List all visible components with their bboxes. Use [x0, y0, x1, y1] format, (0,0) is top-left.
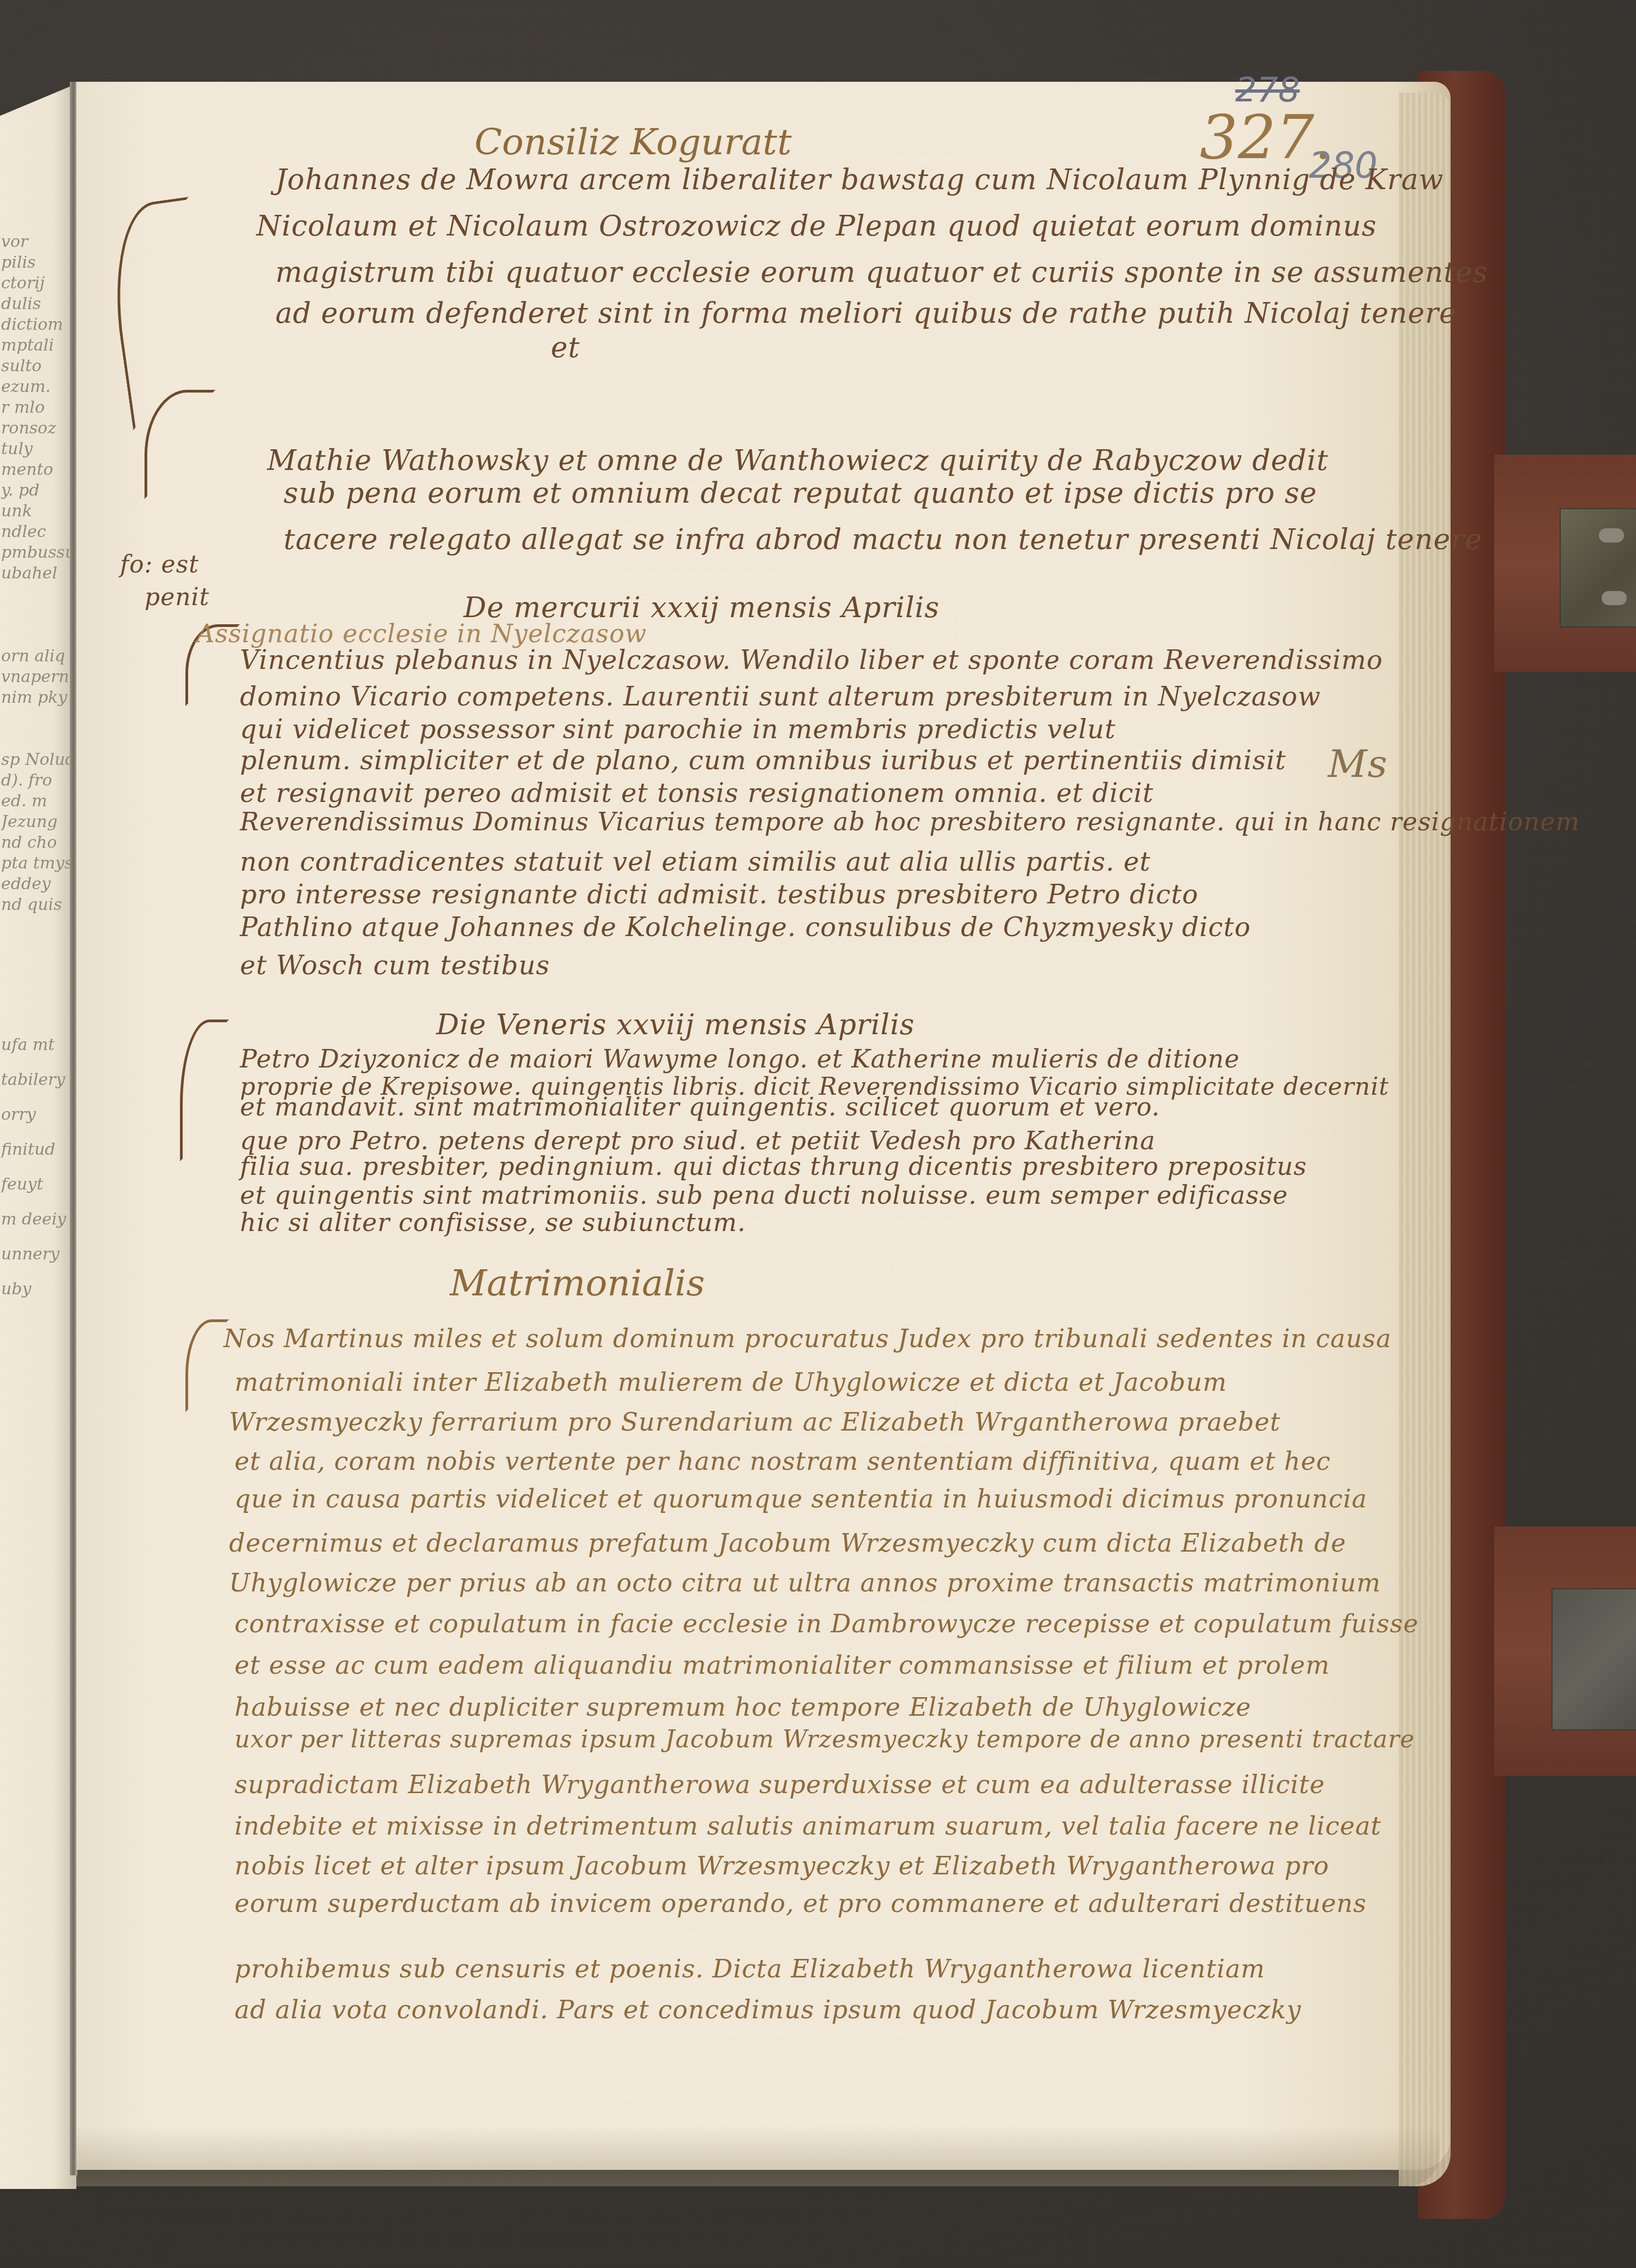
- text-line: sub pena eorum et omnium decat reputat q…: [284, 477, 1317, 510]
- fragment: ufa mt: [1, 1035, 55, 1054]
- date-heading: Die Veneris xxviij mensis Aprilis: [436, 1009, 915, 1041]
- fragment: mento: [1, 460, 53, 479]
- fragment: orn aliq: [1, 647, 65, 666]
- text-line: nobis licet et alter ipsum Jacobum Wrzes…: [234, 1851, 1330, 1880]
- fragment: dulis: [1, 294, 41, 313]
- water-stain: [76, 2126, 1440, 2186]
- margin-heading-assignatio: Assignatio ecclesie in Nyelczasow: [196, 619, 647, 648]
- fragment: nd quis: [1, 895, 62, 914]
- text-line: pro interesse resignante dicti admisit. …: [240, 879, 1199, 910]
- left-page-text-1: vor pilis ctorij dulis dictiom mptali su…: [1, 232, 72, 584]
- text-line: Reverendissimus Dominus Vicarius tempore…: [240, 807, 1580, 836]
- text-line: uxor per litteras supremas ipsum Jacobum…: [234, 1726, 1415, 1753]
- text-line: domino Vicario competens. Laurentii sunt…: [240, 681, 1321, 712]
- fragment: r mlo: [1, 398, 45, 417]
- text-line: et Wosch cum testibus: [240, 950, 550, 981]
- text-line: matrimoniali inter Elizabeth mulierem de…: [234, 1367, 1227, 1397]
- text-line: et alia, coram nobis vertente per hanc n…: [234, 1446, 1331, 1476]
- fragment: finitud: [1, 1140, 56, 1159]
- text-line: Nos Martinus miles et solum dominum proc…: [224, 1324, 1392, 1353]
- fragment: uby: [1, 1280, 31, 1299]
- fragment: ronsoz: [1, 419, 56, 438]
- fragment: orry: [1, 1105, 36, 1124]
- page-block-edge: [1399, 93, 1451, 2186]
- text-line: et: [551, 331, 580, 364]
- text-line: Johannes de Mowra arcem liberaliter baws…: [275, 164, 1443, 196]
- text-line: Petro Dziyzonicz de maiori Wawyme longo.…: [240, 1044, 1240, 1073]
- fragment: ed. m: [1, 792, 47, 811]
- fragment: y. pd: [1, 481, 39, 500]
- upper-clasp-strap: [1494, 455, 1636, 672]
- fragment: unnery: [1, 1245, 59, 1264]
- text-line: non contradicentes statuit vel etiam sim…: [240, 847, 1151, 877]
- fragment: pmbussug: [1, 543, 72, 562]
- text-line: magistrum tibi quatuor ecclesie eorum qu…: [275, 256, 1488, 289]
- text-line: tacere relegato allegat se infra abrod m…: [284, 523, 1482, 556]
- fragment: nim pky: [1, 688, 67, 707]
- text-line: Pathlino atque Johannes de Kolchelinge. …: [240, 912, 1251, 943]
- text-line: et quingentis sint matrimoniis. sub pena…: [240, 1180, 1288, 1210]
- fragment: ctorij: [1, 274, 45, 293]
- text-line: prohibemus sub censuris et poenis. Dicta…: [234, 1954, 1265, 1983]
- fragment: nd cho: [1, 833, 57, 852]
- fragment: ubahel: [1, 564, 57, 583]
- fragment: m deeiy: [1, 1210, 66, 1229]
- fragment: tabilery: [1, 1070, 65, 1089]
- fragment: eddey: [1, 874, 51, 894]
- rivet-icon: [1602, 591, 1627, 605]
- lower-clasp-strap: [1494, 1527, 1636, 1776]
- text-line: decernimus et declaramus prefatum Jacobu…: [229, 1528, 1346, 1558]
- text-line: et esse ac cum eadem aliquandiu matrimon…: [234, 1650, 1330, 1680]
- text-line: ad alia vota convolandi. Pars et concedi…: [234, 1995, 1301, 2024]
- fragment: vor: [1, 232, 28, 251]
- text-line: que pro Petro. petens derept pro siud. e…: [240, 1126, 1156, 1155]
- left-page-text-3: ufa mt tabilery orry finitud feuyt m dee…: [1, 1028, 72, 1307]
- left-facing-page: vor pilis ctorij dulis dictiom mptali su…: [0, 52, 76, 2189]
- text-line: contraxisse et copulatum in facie eccles…: [234, 1609, 1418, 1638]
- text-line: Vincentius plebanus in Nyelczasow. Wendi…: [240, 645, 1383, 675]
- text-line: hic si aliter confisisse, se subiunctum.: [240, 1208, 746, 1237]
- fragment: mptali: [1, 336, 54, 355]
- text-line: supradictam Elizabeth Wrygantherowa supe…: [234, 1770, 1325, 1799]
- margin-note: fo: est: [120, 551, 199, 578]
- text-line: indebite et mixisse in detrimentum salut…: [234, 1811, 1381, 1841]
- text-line: habuisse et nec dupliciter supremum hoc …: [234, 1692, 1251, 1722]
- fragment: pilis: [1, 253, 35, 272]
- text-line: et mandavit. sint matrimonialiter quinge…: [240, 1092, 1160, 1121]
- fragment: sulto: [1, 357, 41, 376]
- text-line: ad eorum defenderet sint in forma melior…: [275, 297, 1457, 330]
- text-line: qui videlicet possessor sint parochie in…: [240, 714, 1116, 745]
- text-line: et resignavit pereo admisit et tonsis re…: [240, 778, 1153, 809]
- fragment: feuyt: [1, 1175, 43, 1194]
- lower-clasp-plate: [1551, 1588, 1636, 1730]
- fragment: ezum.: [1, 377, 51, 396]
- section-heading-matrimonialis: Matrimonialis: [450, 1262, 705, 1304]
- section-heading-consilium: Consiliz Koguratt: [474, 121, 792, 163]
- rivet-icon: [1599, 528, 1624, 542]
- text-line: plenum. simpliciter et de plano, cum omn…: [240, 745, 1286, 776]
- fragment: d). fro: [1, 771, 52, 790]
- fragment: sp Nolud: [1, 750, 72, 769]
- fragment: vnapernisky: [1, 667, 72, 686]
- left-page-text-2: orn aliq vnapernisky nim pky sp Nolud d)…: [1, 646, 72, 915]
- fragment: dictiom: [1, 315, 63, 334]
- fragment: Jezung: [1, 812, 57, 831]
- fragment: ndlec: [1, 522, 46, 541]
- text-line: que in causa partis videlicet et quorumq…: [234, 1484, 1367, 1513]
- text-line: Nicolaum et Nicolaum Ostrozowicz de Plep…: [256, 210, 1377, 243]
- text-line: filia sua. presbiter, pedingnium. qui di…: [240, 1151, 1307, 1181]
- fragment: unk: [1, 502, 32, 521]
- text-line: Uhyglowicze per prius ab an octo citra u…: [229, 1568, 1381, 1597]
- fragment: pta tmys: [1, 854, 72, 873]
- upper-clasp-plate: [1560, 508, 1636, 628]
- text-line: eorum superductam ab invicem operando, e…: [234, 1889, 1367, 1918]
- fragment: tuly: [1, 439, 33, 459]
- margin-note: penit: [145, 583, 209, 611]
- text-line: Mathie Wathowsky et omne de Wanthowiecz …: [267, 444, 1328, 477]
- text-line: Wrzesmyeczky ferrarium pro Surendarium a…: [229, 1407, 1280, 1437]
- margin-mark: Ms: [1328, 741, 1388, 786]
